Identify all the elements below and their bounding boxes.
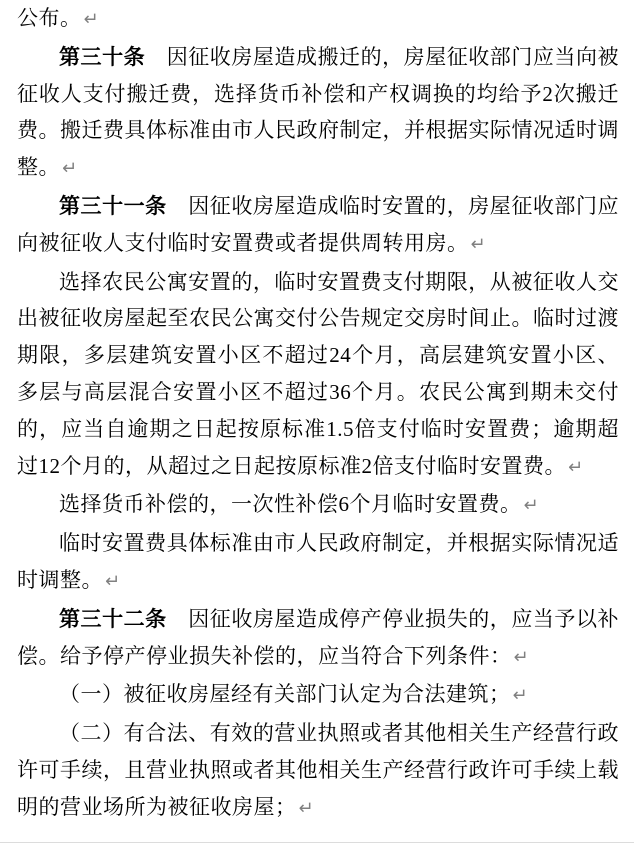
document-body: 公布。↵第三十条 因征收房屋造成搬迁的，房屋征收部门应当向被征收人支付搬迁费，选…: [17, 0, 619, 828]
paragraph-end-mark-icon: ↵: [62, 158, 77, 179]
paragraph-4: 选择农民公寓安置的，临时安置费支付期限，从被征收人交出被征收房屋起至农民公寓交付…: [17, 264, 619, 487]
paragraph-3: 第三十一条 因征收房屋造成临时安置的，房屋征收部门应向被征收人支付临时安置费或者…: [17, 188, 619, 264]
paragraph-5: 选择货币补偿的，一次性补偿6个月临时安置费。↵: [17, 486, 619, 525]
paragraph-end-mark-icon: ↵: [514, 647, 529, 668]
paragraph-7: 第三十二条 因征收房屋造成停产停业损失的，应当予以补偿。给予停产停业损失补偿的，…: [17, 601, 619, 677]
paragraph-end-mark-icon: ↵: [513, 685, 528, 706]
paragraph-end-mark-icon: ↵: [471, 234, 486, 255]
paragraph-1: 公布。↵: [17, 0, 619, 39]
article-number: 第三十二条: [59, 607, 167, 631]
paragraph-6: 临时安置费具体标准由市人民政府制定，并根据实际情况适时调整。↵: [17, 525, 619, 601]
paragraph-end-mark-icon: ↵: [524, 495, 539, 516]
paragraph-2: 第三十条 因征收房屋造成搬迁的，房屋征收部门应当向被征收人支付搬迁费，选择货币补…: [17, 39, 619, 188]
paragraph-end-mark-icon: ↵: [299, 798, 314, 819]
paragraph-text: （二）有合法、有效的营业执照或者其他相关生产经营行政许可手续，且营业执照或者其他…: [17, 721, 619, 819]
paragraph-9: （二）有合法、有效的营业执照或者其他相关生产经营行政许可手续，且营业执照或者其他…: [17, 715, 619, 827]
paragraph-text: 选择货币补偿的，一次性补偿6个月临时安置费。: [59, 492, 522, 516]
paragraph-end-mark-icon: ↵: [568, 457, 583, 478]
document-page: 公布。↵第三十条 因征收房屋造成搬迁的，房屋征收部门应当向被征收人支付搬迁费，选…: [0, 0, 634, 843]
paragraph-8: （一）被征收房屋经有关部门认定为合法建筑；↵: [17, 676, 619, 715]
article-number: 第三十条: [59, 45, 145, 69]
paragraph-text: 选择农民公寓安置的，临时安置费支付期限，从被征收人交出被征收房屋起至农民公寓交付…: [17, 270, 619, 478]
paragraph-text: （一）被征收房屋经有关部门认定为合法建筑；: [59, 682, 511, 706]
paragraph-text: 公布。: [17, 6, 82, 30]
article-number: 第三十一条: [59, 194, 167, 218]
paragraph-end-mark-icon: ↵: [105, 571, 120, 592]
paragraph-end-mark-icon: ↵: [84, 9, 99, 30]
